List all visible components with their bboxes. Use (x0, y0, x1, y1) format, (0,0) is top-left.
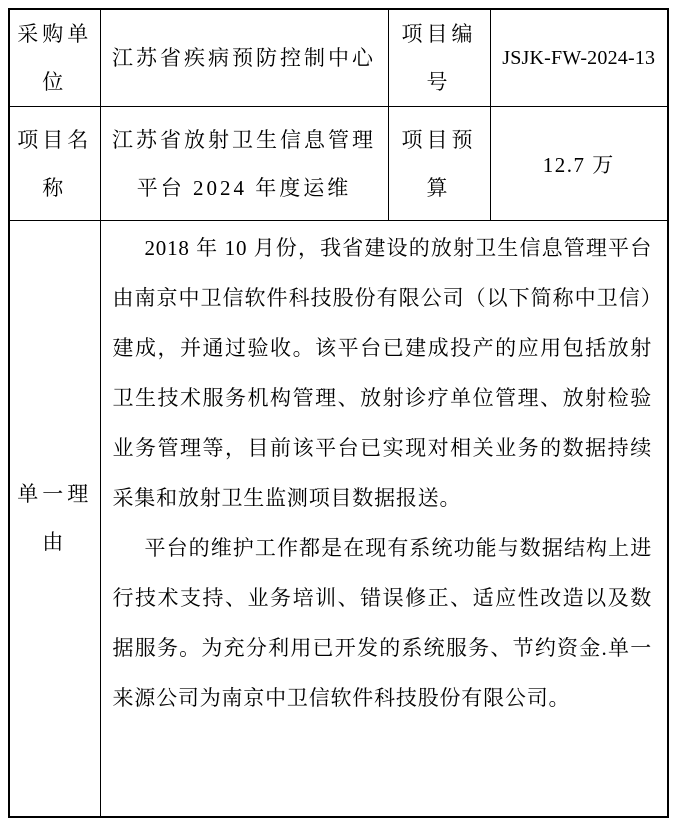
project-number-value: JSJK-FW-2024-13 (490, 9, 668, 107)
project-name-value: 江苏省放射卫生信息管理平台 2024 年度运维 (100, 107, 388, 221)
budget-value: 12.7 万 (490, 107, 668, 221)
purchaser-label: 采购单位 (9, 9, 100, 107)
reason-text-cell: 2018 年 10 月份，我省建设的放射卫生信息管理平台由南京中卫信软件科技股份… (100, 221, 668, 817)
reason-label: 单一理由 (9, 221, 100, 817)
project-number-label: 项目编号 (388, 9, 490, 107)
project-name-label: 项目名称 (9, 107, 100, 221)
table-row-purchaser: 采购单位 江苏省疾病预防控制中心 项目编号 JSJK-FW-2024-13 (9, 9, 668, 107)
reason-paragraph-1: 2018 年 10 月份，我省建设的放射卫生信息管理平台由南京中卫信软件科技股份… (113, 223, 653, 523)
budget-label: 项目预算 (388, 107, 490, 221)
reason-paragraph-2: 平台的维护工作都是在现有系统功能与数据结构上进行技术支持、业务培训、错误修正、适… (113, 523, 653, 723)
document-page: 采购单位 江苏省疾病预防控制中心 项目编号 JSJK-FW-2024-13 项目… (0, 0, 675, 821)
purchaser-value: 江苏省疾病预防控制中心 (100, 9, 388, 107)
table-row-project: 项目名称 江苏省放射卫生信息管理平台 2024 年度运维 项目预算 12.7 万 (9, 107, 668, 221)
table-row-reason: 单一理由 2018 年 10 月份，我省建设的放射卫生信息管理平台由南京中卫信软… (9, 221, 668, 817)
procurement-info-table: 采购单位 江苏省疾病预防控制中心 项目编号 JSJK-FW-2024-13 项目… (8, 8, 669, 818)
